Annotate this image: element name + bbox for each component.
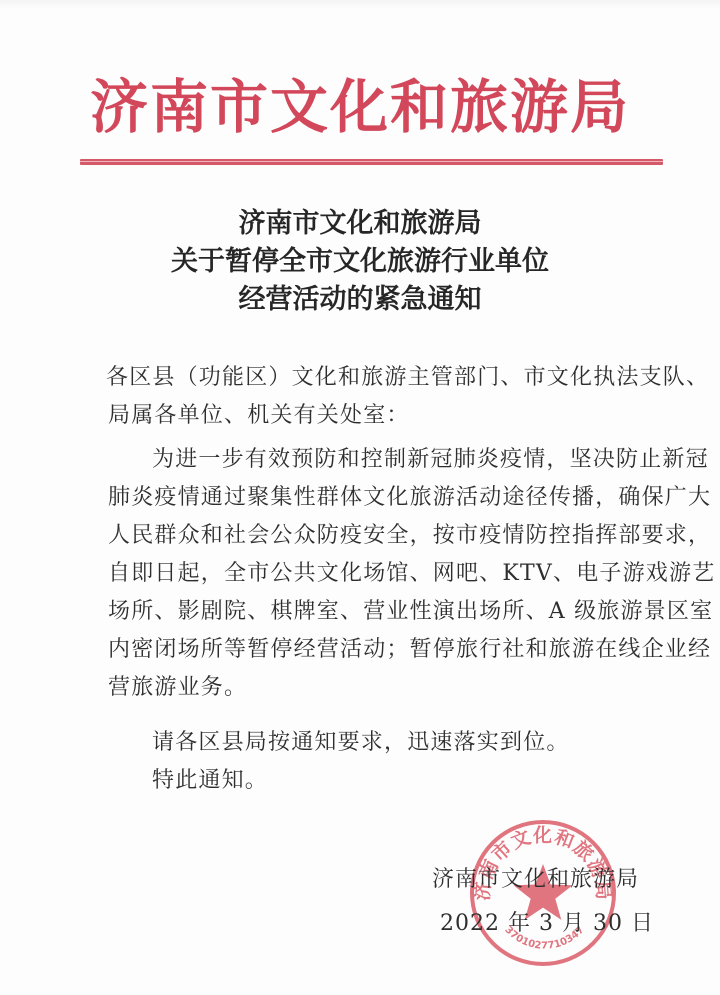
official-seal: 济南市文化和旅游局 3701027710347	[468, 818, 618, 968]
title-line-2: 关于暂停全市文化旅游行业单位	[0, 243, 720, 281]
page-edge	[0, 0, 720, 8]
paragraph-line-6: 内密闭场所等暂停经营活动；暂停旅行社和旅游在线企业经	[108, 631, 648, 669]
title-line-3: 经营活动的紧急通知	[0, 281, 720, 319]
paragraph-line-7: 营旅游业务。	[108, 669, 648, 707]
recipients: 各区县（功能区）文化和旅游主管部门、市文化执法支队、 局属各单位、机关有关处室：	[108, 359, 648, 435]
title-line-1: 济南市文化和旅游局	[0, 205, 720, 243]
paragraph-line-5: 场所、影剧院、棋牌室、营业性演出场所、A 级旅游景区室	[108, 593, 648, 631]
closing-paragraph: 特此通知。	[108, 762, 648, 800]
closing-line: 特此通知。	[108, 762, 648, 800]
masthead-title: 济南市文化和旅游局	[0, 78, 720, 136]
signature-issuer: 济南市文化和旅游局	[432, 862, 639, 893]
paragraph-line-3: 人民群众和社会公众防疫安全，按市疫情防控指挥部要求，	[108, 517, 648, 555]
request-paragraph: 请各区县局按通知要求，迅速落实到位。	[108, 724, 648, 762]
request-line: 请各区县局按通知要求，迅速落实到位。	[108, 724, 648, 762]
paragraph-line-2: 肺炎疫情通过聚集性群体文化旅游活动途径传播，确保广大	[108, 479, 648, 517]
seal-graphic: 济南市文化和旅游局 3701027710347	[468, 818, 618, 968]
paragraph-line-1: 为进一步有效预防和控制新冠肺炎疫情，坚决防止新冠	[108, 441, 648, 479]
notice-title: 济南市文化和旅游局 关于暂停全市文化旅游行业单位 经营活动的紧急通知	[0, 205, 720, 319]
document-page: 济南市文化和旅游局 济南市文化和旅游局 关于暂停全市文化旅游行业单位 经营活动的…	[0, 0, 720, 995]
recipients-line-2: 局属各单位、机关有关处室：	[108, 397, 648, 435]
paragraph-line-4: 自即日起，全市公共文化场馆、网吧、KTV、电子游戏游艺	[108, 555, 648, 593]
masthead-red-rule	[80, 159, 663, 165]
issue-date: 2022 年 3 月 30 日	[440, 906, 654, 937]
recipients-line-1: 各区县（功能区）文化和旅游主管部门、市文化执法支队、	[106, 359, 648, 397]
main-paragraph: 为进一步有效预防和控制新冠肺炎疫情，坚决防止新冠 肺炎疫情通过聚集性群体文化旅游…	[108, 441, 648, 707]
